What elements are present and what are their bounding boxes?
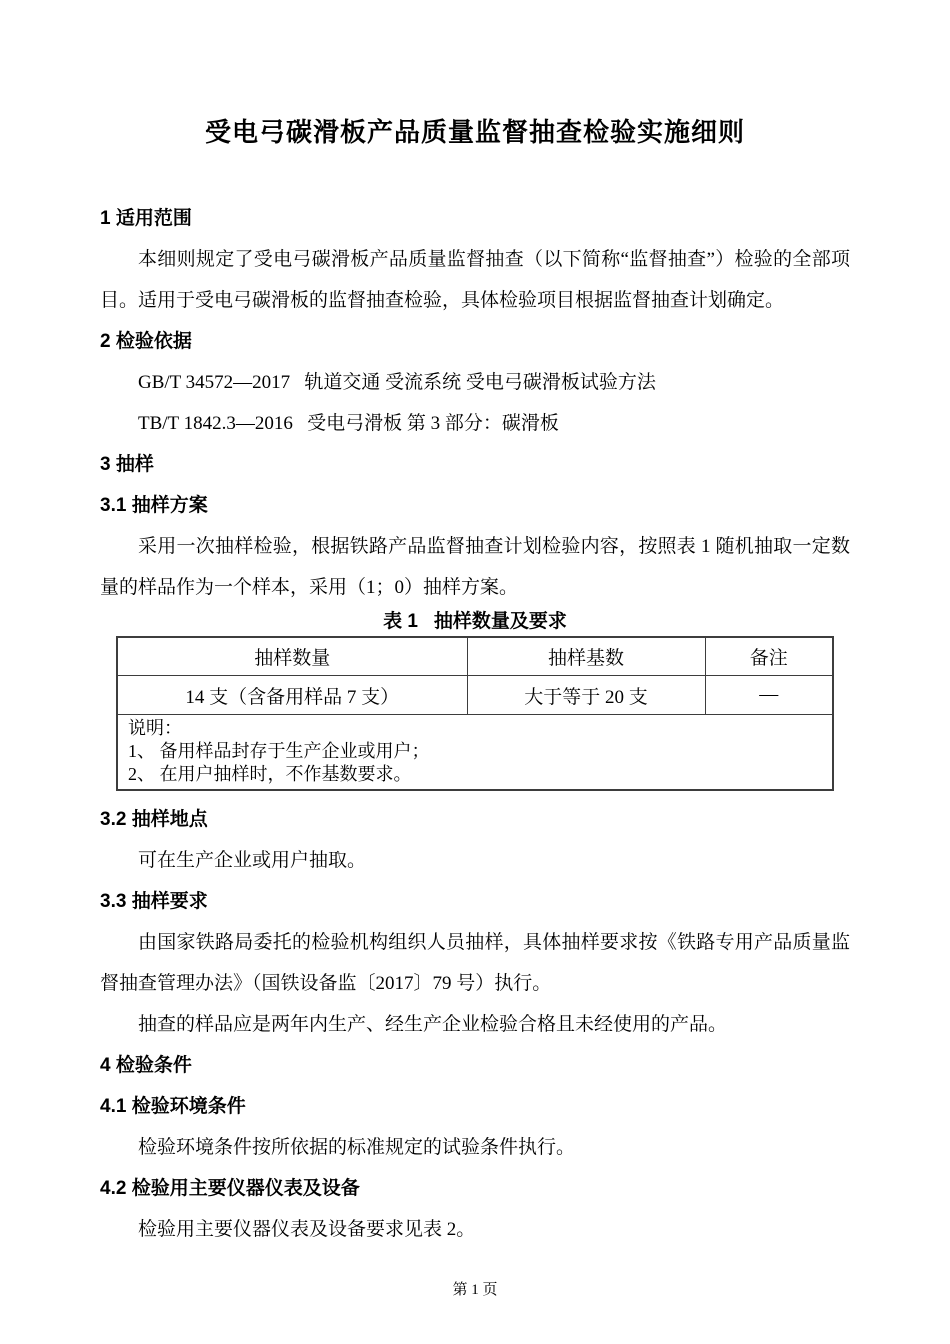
heading-equipment: 4.2 检验用主要仪器仪表及设备 xyxy=(100,1168,850,1209)
table-note-item-1: 1、 备用样品封存于生产企业或用户； xyxy=(128,740,822,763)
heading-sampling-requirements: 3.3 抽样要求 xyxy=(100,881,850,922)
table-header-cell-quantity: 抽样数量 xyxy=(117,637,467,676)
paragraph-scope: 本细则规定了受电弓碳滑板产品质量监督抽查（以下简称“监督抽查”）检验的全部项目。… xyxy=(100,239,850,321)
heading-conditions: 4 检验条件 xyxy=(100,1045,850,1086)
heading-basis: 2 检验依据 xyxy=(100,321,850,362)
table-caption: 表 1 抽样数量及要求 xyxy=(100,608,850,636)
sampling-quantity-table: 抽样数量 抽样基数 备注 14 支（含备用样品 7 支） 大于等于 20 支 —… xyxy=(116,636,834,791)
paragraph-sampling-requirements-2: 抽查的样品应是两年内生产、经生产企业检验合格且未经使用的产品。 xyxy=(100,1004,850,1045)
document-title: 受电弓碳滑板产品质量监督抽查检验实施细则 xyxy=(100,112,850,152)
reference-item-tbt: TB/T 1842.3—2016 受电弓滑板 第 3 部分：碳滑板 xyxy=(100,403,850,444)
paragraph-sampling-requirements-1: 由国家铁路局委托的检验机构组织人员抽样，具体抽样要求按《铁路专用产品质量监督抽查… xyxy=(100,922,850,1004)
heading-sampling: 3 抽样 xyxy=(100,444,850,485)
table-header-row: 抽样数量 抽样基数 备注 xyxy=(117,637,833,676)
table-cell-base: 大于等于 20 支 xyxy=(467,676,705,715)
table-row: 14 支（含备用样品 7 支） 大于等于 20 支 — xyxy=(117,676,833,715)
heading-sampling-location: 3.2 抽样地点 xyxy=(100,799,850,840)
paragraph-environment-conditions: 检验环境条件按所依据的标准规定的试验条件执行。 xyxy=(100,1127,850,1168)
table-cell-quantity: 14 支（含备用样品 7 支） xyxy=(117,676,467,715)
document-content: 受电弓碳滑板产品质量监督抽查检验实施细则 1 适用范围 本细则规定了受电弓碳滑板… xyxy=(0,0,950,1250)
table-note-item-2: 2、 在用户抽样时，不作基数要求。 xyxy=(128,763,822,786)
page-number: 第 1 页 xyxy=(0,1280,950,1300)
paragraph-equipment: 检验用主要仪器仪表及设备要求见表 2。 xyxy=(100,1209,850,1250)
document-page: 受电弓碳滑板产品质量监督抽查检验实施细则 1 适用范围 本细则规定了受电弓碳滑板… xyxy=(0,0,950,1344)
table-cell-remark: — xyxy=(705,676,833,715)
table-notes-row: 说明： 1、 备用样品封存于生产企业或用户； 2、 在用户抽样时，不作基数要求。 xyxy=(117,715,833,791)
table-notes-cell: 说明： 1、 备用样品封存于生产企业或用户； 2、 在用户抽样时，不作基数要求。 xyxy=(117,715,833,791)
heading-scope: 1 适用范围 xyxy=(100,198,850,239)
table-header-cell-remark: 备注 xyxy=(705,637,833,676)
heading-environment-conditions: 4.1 检验环境条件 xyxy=(100,1086,850,1127)
reference-item-gbt: GB/T 34572—2017 轨道交通 受流系统 受电弓碳滑板试验方法 xyxy=(100,362,850,403)
paragraph-sampling-plan: 采用一次抽样检验，根据铁路产品监督抽查计划检验内容，按照表 1 随机抽取一定数量… xyxy=(100,526,850,608)
table-header-cell-base: 抽样基数 xyxy=(467,637,705,676)
paragraph-sampling-location: 可在生产企业或用户抽取。 xyxy=(100,840,850,881)
table-note-label: 说明： xyxy=(128,717,822,740)
heading-sampling-plan: 3.1 抽样方案 xyxy=(100,485,850,526)
